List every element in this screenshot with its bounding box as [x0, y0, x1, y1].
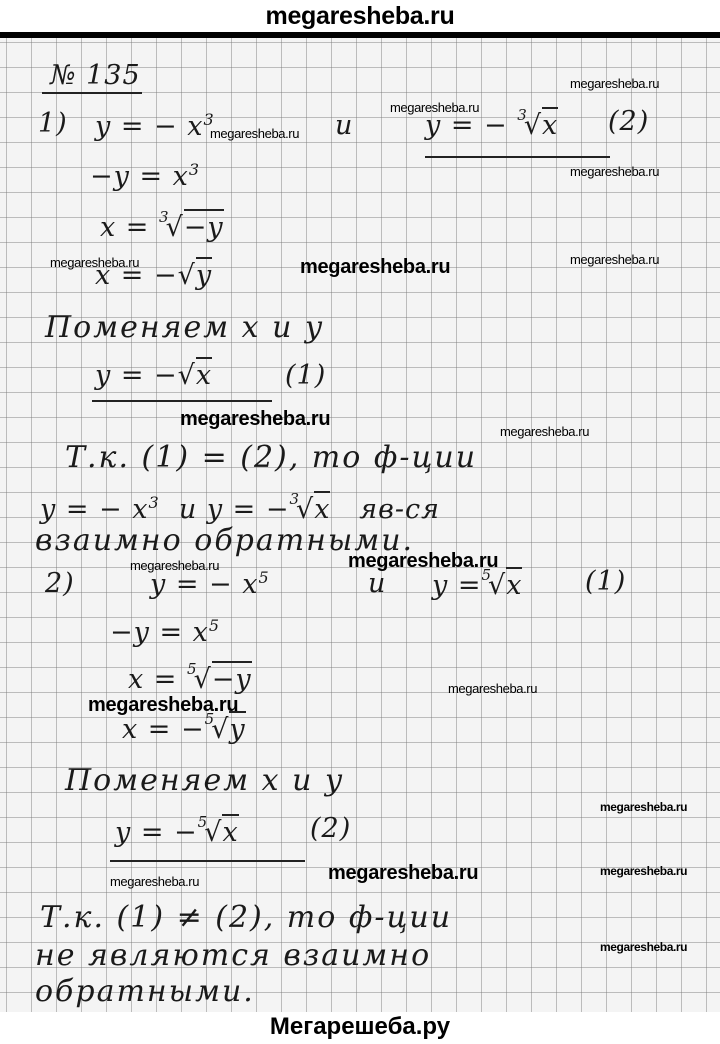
watermark: megaresheba.ru [448, 681, 537, 696]
part1-step1: −y = x3 [90, 160, 200, 192]
site-footer-title: Мегарешеба.ру [270, 1013, 450, 1040]
part2-conclusion-line1: Т.к. (1) ≠ (2), то ф-ции [40, 900, 452, 935]
watermark: megaresheba.ru [600, 864, 687, 878]
part2-result-tag: (2) [310, 813, 351, 844]
site-title: megaresheba.ru [266, 2, 455, 30]
part2-label: 2) [45, 568, 75, 599]
part2-swap-text: Поменяем x и y [65, 763, 344, 798]
part1-result: y = −√x [95, 360, 212, 391]
watermark: megaresheba.ru [328, 862, 478, 885]
part1-conclusion-line2: y = − x3 и y = −3√x яв-ся [40, 490, 440, 525]
part2-step2: x = 5√−y [128, 660, 252, 695]
watermark: megaresheba.ru [600, 800, 687, 814]
part1-function2-underline [425, 156, 610, 158]
watermark: megaresheba.ru [50, 255, 139, 270]
watermark: megaresheba.ru [130, 558, 219, 573]
watermark: megaresheba.ru [300, 256, 450, 279]
part1-function2-tag: (2) [608, 106, 649, 137]
watermark: megaresheba.ru [348, 550, 498, 573]
part1-conjunction: и [335, 110, 353, 141]
watermark: megaresheba.ru [570, 164, 659, 179]
part2-conclusion-line3: обратными. [35, 974, 255, 1009]
part1-conclusion-line1: Т.к. (1) = (2), то ф-ции [65, 440, 477, 475]
notebook-page: № 135 1) y = − x3 и y = − 3√x (2) −y = x… [0, 32, 720, 1012]
part1-function1: y = − x3 [95, 110, 215, 142]
part2-result: y = −5√x [115, 813, 239, 848]
watermark: megaresheba.ru [180, 408, 330, 431]
problem-number-underline [42, 92, 142, 94]
site-footer: Мегарешеба.ру [0, 1012, 720, 1044]
watermark: megaresheba.ru [88, 694, 238, 717]
part2-step1: −y = x5 [110, 616, 220, 648]
part1-label: 1) [38, 108, 68, 139]
watermark: megaresheba.ru [570, 252, 659, 267]
part1-result-underline [92, 400, 272, 402]
part2-function2-tag: (1) [585, 566, 626, 597]
watermark: megaresheba.ru [210, 126, 299, 141]
watermark: megaresheba.ru [570, 76, 659, 91]
watermark: megaresheba.ru [110, 874, 199, 889]
part1-swap-text: Поменяем x и y [45, 310, 324, 345]
part1-step2: x = 3√−y [100, 208, 224, 243]
watermark: megaresheba.ru [600, 940, 687, 954]
part2-conclusion-line2: не являются взаимно [35, 938, 431, 973]
watermark: megaresheba.ru [500, 424, 589, 439]
problem-number: № 135 [50, 60, 141, 91]
part2-result-underline [110, 860, 305, 862]
watermark: megaresheba.ru [390, 100, 479, 115]
part1-result-tag: (1) [285, 360, 326, 391]
